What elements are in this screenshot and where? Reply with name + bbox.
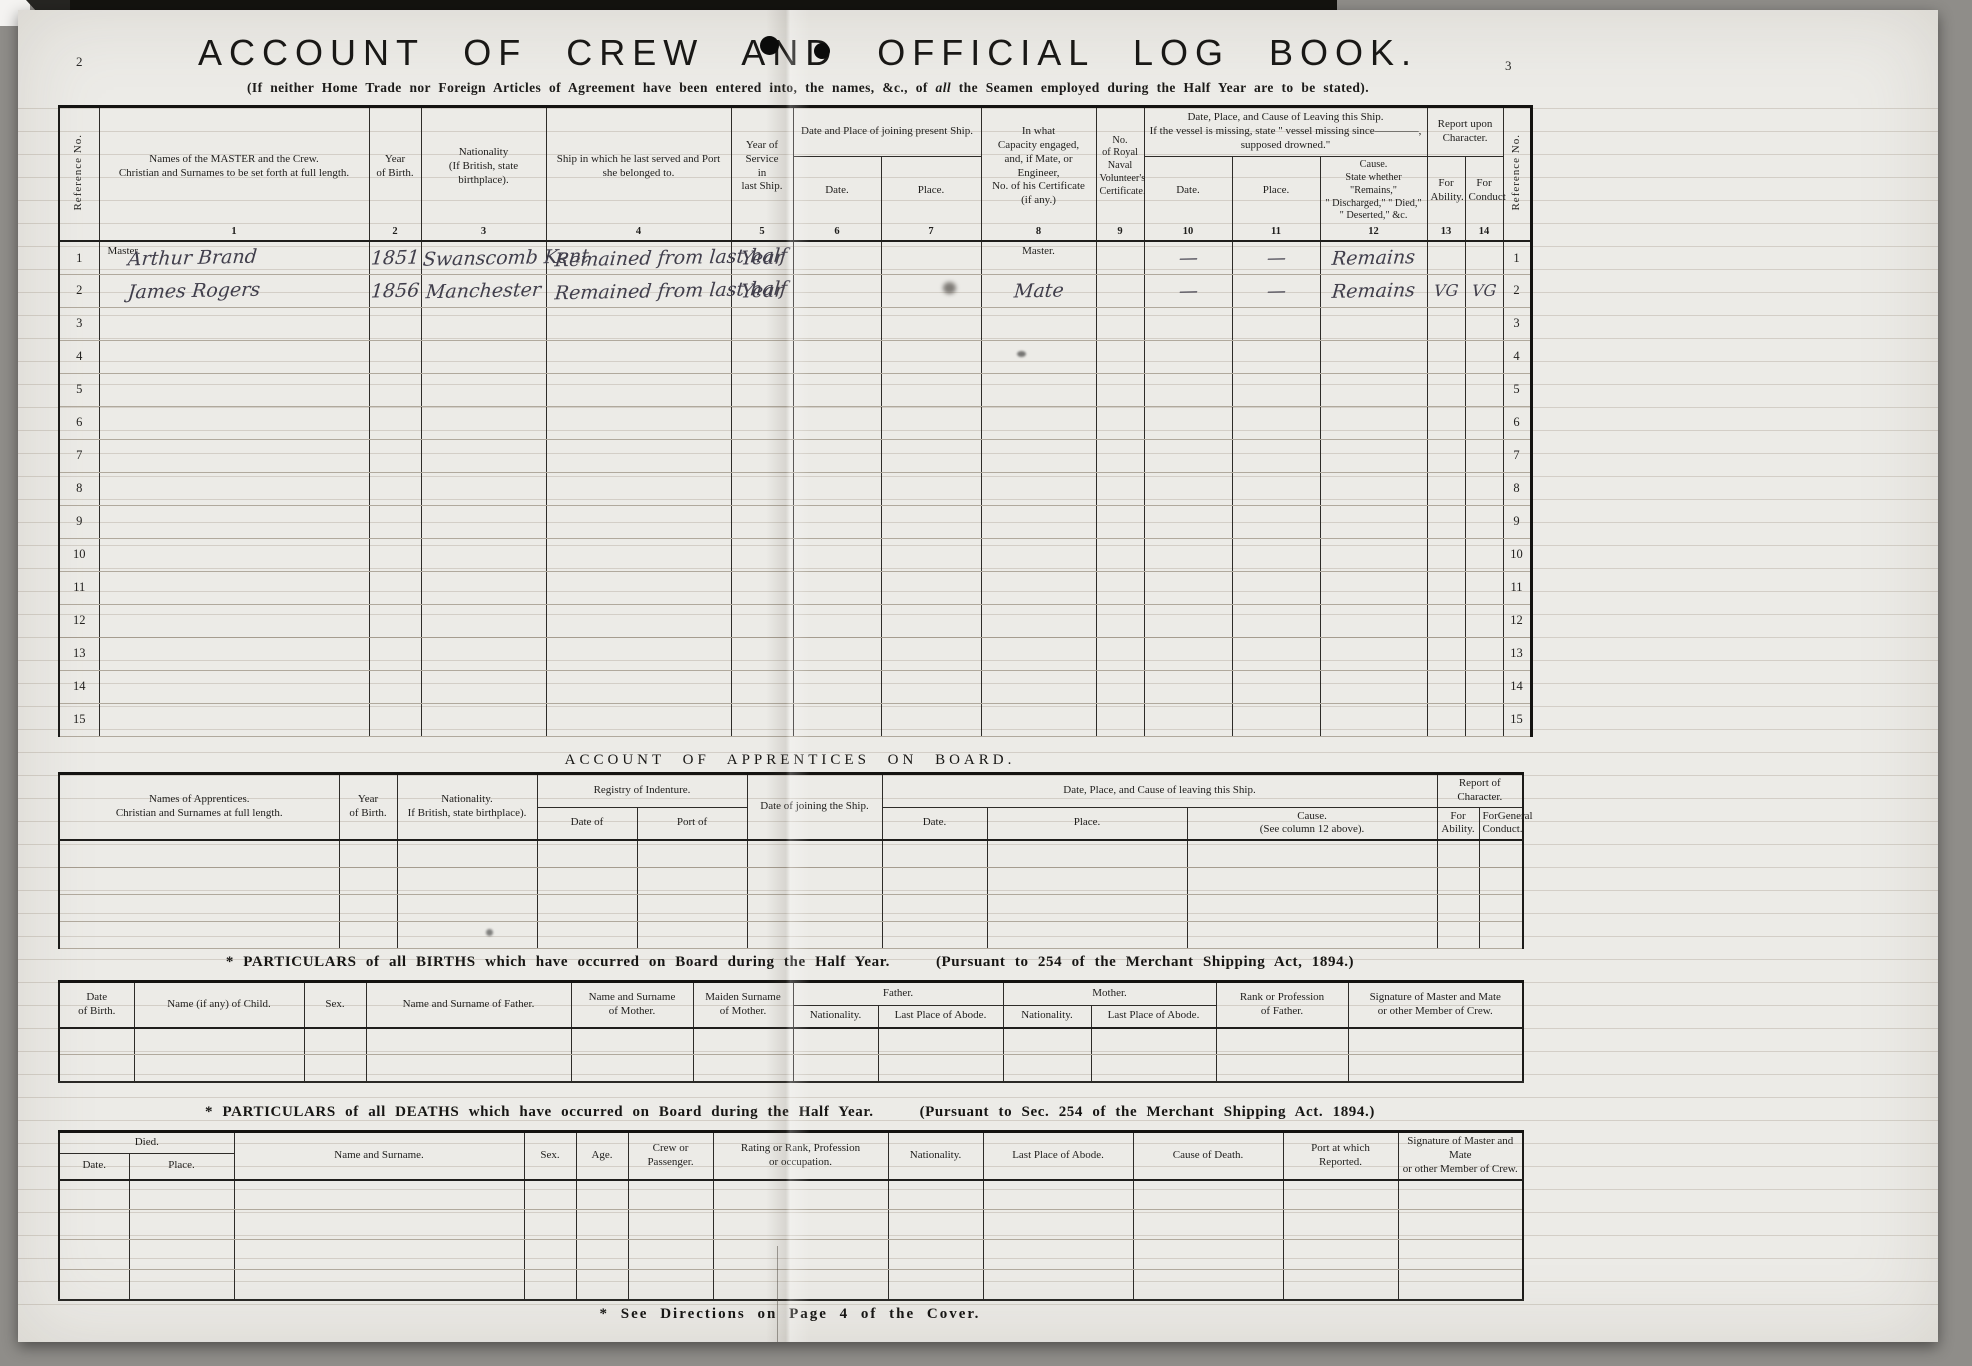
crew-cell-cause xyxy=(1320,505,1427,538)
crew-cell-last-ship xyxy=(546,538,731,571)
deaths-cell xyxy=(524,1180,576,1210)
appr-cell xyxy=(339,840,397,867)
crew-cell-join-place xyxy=(881,241,981,274)
appr-cell xyxy=(747,867,882,894)
deaths-col-rating: Rating or Rank, Profession or occupation… xyxy=(713,1132,888,1180)
crew-cell-leave-date xyxy=(1144,538,1232,571)
deaths-cell xyxy=(129,1210,234,1240)
crew-row: 15 15 xyxy=(59,703,1531,736)
crew-cell-service xyxy=(731,604,793,637)
crew-cell-leave-place xyxy=(1232,406,1320,439)
crew-cell-conduct xyxy=(1465,571,1503,604)
deaths-cell xyxy=(59,1210,129,1240)
crew-cell-last-ship xyxy=(546,439,731,472)
crew-table: Reference No. Names of the MASTER and th… xyxy=(58,105,1533,737)
crew-cell-capacity xyxy=(981,571,1096,604)
crew-cell-capacity xyxy=(981,538,1096,571)
col-num-14: 14 xyxy=(1465,225,1503,241)
crew-cell-rnv xyxy=(1096,274,1144,307)
ink-blot xyxy=(814,43,830,59)
deaths-section-title: * PARTICULARS of all DEATHS which have o… xyxy=(58,1104,1522,1121)
death-row xyxy=(59,1210,1523,1240)
crew-col-cause: Cause. State whether "Remains," " Discha… xyxy=(1320,157,1427,226)
crew-cell-name xyxy=(99,472,369,505)
appr-group-leaving: Date, Place, and Cause of leaving this S… xyxy=(882,774,1437,808)
birth-row xyxy=(59,1055,1523,1082)
crew-cell-join-date xyxy=(793,637,881,670)
crew-cell-name: James Rogers xyxy=(99,274,369,307)
crew-cell-last-ship xyxy=(546,340,731,373)
crew-cell-ref-left: 14 xyxy=(59,670,99,703)
births-cell xyxy=(1003,1028,1091,1055)
crew-cell-name xyxy=(99,373,369,406)
crew-cell-name xyxy=(99,703,369,736)
crew-col-nationality: Nationality (If British, state birthplac… xyxy=(421,107,546,226)
crew-cell-rnv xyxy=(1096,703,1144,736)
crew-col-last-ship: Ship in which he last served and Port sh… xyxy=(546,107,731,226)
apprentice-row xyxy=(59,894,1523,921)
appr-cell xyxy=(1479,921,1523,948)
ink-blot xyxy=(1017,351,1026,357)
crew-cell-nationality xyxy=(421,373,546,406)
ink-blot xyxy=(943,282,956,294)
crew-col-reference-left: Reference No. xyxy=(59,107,99,242)
crew-cell-leave-place xyxy=(1232,538,1320,571)
crew-cell-leave-place: — xyxy=(1232,274,1320,307)
births-col-rank: Rank or Profession of Father. xyxy=(1216,982,1348,1028)
crew-cell-capacity xyxy=(981,373,1096,406)
crew-cell-cause: Remains xyxy=(1320,241,1427,274)
appr-cell xyxy=(747,894,882,921)
crew-cell-capacity xyxy=(981,604,1096,637)
crew-col-join-date: Date. xyxy=(793,157,881,226)
crew-cell-ability xyxy=(1427,538,1465,571)
birth-row xyxy=(59,1028,1523,1055)
deaths-cell xyxy=(576,1240,628,1270)
crew-cell-join-place xyxy=(881,670,981,703)
deaths-col-nationality: Nationality. xyxy=(888,1132,983,1180)
appr-cell xyxy=(339,894,397,921)
crew-cell-rnv xyxy=(1096,637,1144,670)
deaths-cell xyxy=(234,1210,524,1240)
crew-cell-join-place xyxy=(881,571,981,604)
deaths-col-name: Name and Surname. xyxy=(234,1132,524,1180)
births-cell xyxy=(793,1028,878,1055)
crew-cell-rnv xyxy=(1096,472,1144,505)
crew-cell-ability xyxy=(1427,307,1465,340)
births-col-mother-nationality: Nationality. xyxy=(1003,1006,1091,1028)
deaths-cell xyxy=(1398,1210,1523,1240)
crew-cell-capacity xyxy=(981,439,1096,472)
appr-col-leave-cause: Cause. (See column 12 above). xyxy=(1187,807,1437,840)
crew-cell-leave-place xyxy=(1232,604,1320,637)
apprentice-row xyxy=(59,867,1523,894)
crew-cell-ref-left: 12 xyxy=(59,604,99,637)
crew-cell-capacity xyxy=(981,472,1096,505)
crew-cell-join-date xyxy=(793,340,881,373)
appr-cell xyxy=(397,867,537,894)
crew-col-join-place: Place. xyxy=(881,157,981,226)
crew-cell-join-place xyxy=(881,373,981,406)
deaths-cell xyxy=(1398,1240,1523,1270)
crew-cell-last-ship xyxy=(546,472,731,505)
crew-cell-ref-left: 9 xyxy=(59,505,99,538)
crew-cell-join-date xyxy=(793,307,881,340)
crew-col-rnv-certificate: No. of Royal Naval Volunteer's Certifica… xyxy=(1096,107,1144,226)
col-num-11: 11 xyxy=(1232,225,1320,241)
deaths-cell xyxy=(59,1270,129,1300)
crew-cell-ref-left: 4 xyxy=(59,340,99,373)
ink-blot xyxy=(486,929,493,936)
crew-rows: 1 Master.Arthur Brand 1851 Swanscomb Ken… xyxy=(59,241,1531,736)
crew-cell-nationality xyxy=(421,670,546,703)
crew-cell-ref-right: 7 xyxy=(1503,439,1531,472)
crew-cell-service xyxy=(731,571,793,604)
crew-cell-nationality xyxy=(421,703,546,736)
crew-cell-rnv xyxy=(1096,505,1144,538)
crew-cell-name: Master.Arthur Brand xyxy=(99,241,369,274)
births-pursuant-note: (Pursuant to 254 of the Merchant Shippin… xyxy=(936,954,1354,970)
deaths-col-port: Port at which Reported. xyxy=(1283,1132,1398,1180)
deaths-cell xyxy=(983,1210,1133,1240)
deaths-cell xyxy=(1283,1270,1398,1300)
births-cell xyxy=(59,1028,134,1055)
crew-cell-conduct xyxy=(1465,340,1503,373)
crew-cell-service: Year xyxy=(731,274,793,307)
appr-col-registry-date: Date of xyxy=(537,807,637,840)
crew-cell-join-place xyxy=(881,472,981,505)
crew-row: 1 Master.Arthur Brand 1851 Swanscomb Ken… xyxy=(59,241,1531,274)
appr-col-ability: For Ability. xyxy=(1437,807,1479,840)
crew-cell-service xyxy=(731,340,793,373)
col-num-10: 10 xyxy=(1144,225,1232,241)
deaths-cell xyxy=(129,1270,234,1300)
crew-cell-capacity xyxy=(981,406,1096,439)
crew-cell-birth: 1851 xyxy=(369,241,421,274)
deaths-rows xyxy=(59,1180,1523,1300)
death-row xyxy=(59,1270,1523,1300)
deaths-col-crew-or-passenger: Crew or Passenger. xyxy=(628,1132,713,1180)
crew-column-numbers: 1 2 3 4 5 6 7 8 9 10 11 12 13 14 xyxy=(59,225,1531,241)
crew-cell-name xyxy=(99,406,369,439)
crew-col-for-conduct: For Conduct xyxy=(1465,157,1503,226)
births-cell xyxy=(366,1028,571,1055)
crew-cell-join-place xyxy=(881,703,981,736)
appr-cell xyxy=(637,921,747,948)
crew-cell-birth xyxy=(369,505,421,538)
crew-cell-service xyxy=(731,439,793,472)
crew-cell-birth xyxy=(369,604,421,637)
crew-cell-rnv xyxy=(1096,373,1144,406)
crew-cell-cause xyxy=(1320,439,1427,472)
col-num-9: 9 xyxy=(1096,225,1144,241)
crew-cell-nationality xyxy=(421,340,546,373)
subtitle-pre: (If neither Home Trade nor Foreign Artic… xyxy=(247,80,936,95)
crew-cell-leave-date: — xyxy=(1144,274,1232,307)
deaths-table: Died. Name and Surname. Sex. Age. Crew o… xyxy=(58,1130,1524,1301)
appr-cell xyxy=(882,921,987,948)
deaths-cell xyxy=(234,1240,524,1270)
crew-cell-leave-date xyxy=(1144,703,1232,736)
crew-cell-last-ship xyxy=(546,571,731,604)
crew-cell-service xyxy=(731,472,793,505)
appr-cell xyxy=(1187,867,1437,894)
deaths-cell xyxy=(628,1180,713,1210)
crew-cell-conduct xyxy=(1465,604,1503,637)
apprentices-rows xyxy=(59,840,1523,948)
crew-cell-ref-left: 2 xyxy=(59,274,99,307)
crew-cell-ability xyxy=(1427,406,1465,439)
crew-cell-join-date xyxy=(793,571,881,604)
crew-cell-conduct xyxy=(1465,373,1503,406)
crew-cell-cause xyxy=(1320,670,1427,703)
apprentice-row xyxy=(59,840,1523,867)
crew-cell-join-place xyxy=(881,274,981,307)
appr-cell xyxy=(59,894,339,921)
crew-cell-capacity xyxy=(981,703,1096,736)
crew-row: 9 9 xyxy=(59,505,1531,538)
appr-cell xyxy=(882,867,987,894)
crew-cell-ability xyxy=(1427,670,1465,703)
births-col-father-nationality: Nationality. xyxy=(793,1006,878,1028)
crew-cell-capacity xyxy=(981,505,1096,538)
appr-cell xyxy=(1437,840,1479,867)
appr-cell xyxy=(397,840,537,867)
appr-col-nationality: Nationality. If British, state birthplac… xyxy=(397,774,537,841)
crew-row: 4 4 xyxy=(59,340,1531,373)
crew-cell-ability xyxy=(1427,571,1465,604)
deaths-cell xyxy=(576,1270,628,1300)
crew-cell-leave-date xyxy=(1144,439,1232,472)
crew-cell-service xyxy=(731,703,793,736)
crew-cell-ref-right: 2 xyxy=(1503,274,1531,307)
crew-cell-birth: 1856 xyxy=(369,274,421,307)
page-title: ACCOUNT OF CREW AND OFFICIAL LOG BOOK. xyxy=(78,32,1538,74)
page-subtitle: (If neither Home Trade nor Foreign Artic… xyxy=(78,80,1538,96)
appr-cell xyxy=(637,840,747,867)
crew-cell-leave-date xyxy=(1144,505,1232,538)
crew-cell-capacity: Mate xyxy=(981,274,1096,307)
crew-cell-join-date xyxy=(793,472,881,505)
crew-cell-service xyxy=(731,406,793,439)
appr-col-conduct: ForGeneral Conduct. xyxy=(1479,807,1523,840)
crew-cell-ability xyxy=(1427,472,1465,505)
crew-cell-ref-right: 4 xyxy=(1503,340,1531,373)
appr-cell xyxy=(987,921,1187,948)
crew-cell-nationality: Swanscomb Kent xyxy=(421,241,546,274)
crew-cell-leave-place xyxy=(1232,340,1320,373)
crew-cell-ref-right: 5 xyxy=(1503,373,1531,406)
crew-cell-cause xyxy=(1320,604,1427,637)
crew-cell-birth xyxy=(369,340,421,373)
crew-col-for-ability: For Ability. xyxy=(1427,157,1465,226)
crew-cell-ref-right: 1 xyxy=(1503,241,1531,274)
crew-cell-nationality xyxy=(421,307,546,340)
crew-cell-conduct xyxy=(1465,307,1503,340)
crew-cell-conduct xyxy=(1465,703,1503,736)
births-table: Date of Birth. Name (if any) of Child. S… xyxy=(58,980,1524,1083)
crew-row: 14 14 xyxy=(59,670,1531,703)
crew-cell-cause xyxy=(1320,472,1427,505)
crew-cell-last-ship xyxy=(546,406,731,439)
crew-cell-last-ship xyxy=(546,604,731,637)
deaths-cell xyxy=(713,1270,888,1300)
births-col-mother-name: Name and Surname of Mother. xyxy=(571,982,693,1028)
crew-cell-leave-date xyxy=(1144,637,1232,670)
crew-cell-name xyxy=(99,439,369,472)
crew-col-leave-place: Place. xyxy=(1232,157,1320,226)
crew-row: 3 3 xyxy=(59,307,1531,340)
crew-cell-leave-place xyxy=(1232,439,1320,472)
deaths-cell xyxy=(524,1270,576,1300)
crew-cell-name xyxy=(99,340,369,373)
crew-cell-birth xyxy=(369,703,421,736)
death-row xyxy=(59,1180,1523,1210)
crew-cell-conduct xyxy=(1465,439,1503,472)
crew-group-report: Report upon Character. xyxy=(1427,107,1503,157)
appr-cell xyxy=(537,921,637,948)
deaths-cell xyxy=(713,1210,888,1240)
deaths-cell xyxy=(1398,1180,1523,1210)
ledger-spread: 2 3 ACCOUNT OF CREW AND OFFICIAL LOG BOO… xyxy=(18,10,1938,1342)
crew-cell-capacity xyxy=(981,637,1096,670)
crew-cell-capacity xyxy=(981,340,1096,373)
crew-cell-last-ship xyxy=(546,505,731,538)
crew-cell-service xyxy=(731,307,793,340)
crew-cell-cause xyxy=(1320,307,1427,340)
crew-row: 13 13 xyxy=(59,637,1531,670)
crew-cell-cause xyxy=(1320,703,1427,736)
deaths-cell xyxy=(1398,1270,1523,1300)
deaths-cell xyxy=(1283,1240,1398,1270)
appr-col-year: Year of Birth. xyxy=(339,774,397,841)
crew-col-year-of-service: Year of Service in last Ship. xyxy=(731,107,793,226)
crew-cell-join-date xyxy=(793,241,881,274)
deaths-cell xyxy=(1133,1210,1283,1240)
crew-cell-capacity xyxy=(981,307,1096,340)
deaths-cell xyxy=(129,1180,234,1210)
crew-cell-ref-right: 14 xyxy=(1503,670,1531,703)
crew-cell-birth xyxy=(369,637,421,670)
deaths-col-signature: Signature of Master and Mate or other Me… xyxy=(1398,1132,1523,1180)
crew-cell-last-ship xyxy=(546,703,731,736)
crew-cell-leave-date xyxy=(1144,307,1232,340)
crew-cell-conduct: VG xyxy=(1465,274,1503,307)
crew-cell-join-place xyxy=(881,538,981,571)
crew-cell-leave-date xyxy=(1144,340,1232,373)
crew-cell-join-place xyxy=(881,439,981,472)
crew-cell-ability xyxy=(1427,340,1465,373)
crew-cell-ability xyxy=(1427,637,1465,670)
births-col-sex: Sex. xyxy=(304,982,366,1028)
crew-cell-nationality xyxy=(421,637,546,670)
crew-cell-conduct xyxy=(1465,637,1503,670)
crew-cell-join-place xyxy=(881,340,981,373)
crew-cell-birth xyxy=(369,472,421,505)
crew-cell-nationality xyxy=(421,439,546,472)
crew-cell-last-ship xyxy=(546,670,731,703)
crew-cell-ref-left: 13 xyxy=(59,637,99,670)
births-col-date: Date of Birth. xyxy=(59,982,134,1028)
crew-cell-conduct xyxy=(1465,241,1503,274)
crew-cell-name xyxy=(99,571,369,604)
deaths-cell xyxy=(576,1210,628,1240)
deaths-col-age: Age. xyxy=(576,1132,628,1180)
births-col-signature: Signature of Master and Mate or other Me… xyxy=(1348,982,1523,1028)
crew-cell-service xyxy=(731,670,793,703)
births-cell xyxy=(1216,1028,1348,1055)
crew-cell-ref-left: 7 xyxy=(59,439,99,472)
deaths-col-cause: Cause of Death. xyxy=(1133,1132,1283,1180)
crew-cell-join-date xyxy=(793,505,881,538)
births-cell xyxy=(134,1028,304,1055)
births-group-mother: Mother. xyxy=(1003,982,1216,1006)
appr-cell xyxy=(1479,867,1523,894)
crew-cell-join-place xyxy=(881,604,981,637)
births-cell xyxy=(304,1028,366,1055)
appr-col-registry-port: Port of xyxy=(637,807,747,840)
crew-cell-leave-date xyxy=(1144,670,1232,703)
appr-cell xyxy=(537,840,637,867)
appr-col-leave-place: Place. xyxy=(987,807,1187,840)
crew-cell-last-ship xyxy=(546,373,731,406)
births-group-father: Father. xyxy=(793,982,1003,1006)
death-row xyxy=(59,1240,1523,1270)
crew-cell-cause xyxy=(1320,373,1427,406)
crew-cell-ref-left: 5 xyxy=(59,373,99,406)
crew-cell-ability xyxy=(1427,703,1465,736)
crew-cell-join-date xyxy=(793,406,881,439)
deaths-col-abode: Last Place of Abode. xyxy=(983,1132,1133,1180)
crew-cell-leave-date xyxy=(1144,472,1232,505)
crew-cell-join-place xyxy=(881,307,981,340)
col-num-2: 2 xyxy=(369,225,421,241)
crew-cell-ref-right: 3 xyxy=(1503,307,1531,340)
deaths-cell xyxy=(524,1240,576,1270)
col-num-5: 5 xyxy=(731,225,793,241)
crew-cell-join-date xyxy=(793,670,881,703)
crew-cell-join-date xyxy=(793,274,881,307)
crew-cell-last-ship: Remained from last half xyxy=(546,274,731,307)
deaths-cell xyxy=(524,1210,576,1240)
deaths-cell xyxy=(234,1180,524,1210)
apprentices-section-title: ACCOUNT OF APPRENTICES ON BOARD. xyxy=(58,752,1522,769)
crew-cell-rnv xyxy=(1096,604,1144,637)
appr-cell xyxy=(59,867,339,894)
births-cell xyxy=(59,1055,134,1082)
crew-cell-ref-right: 6 xyxy=(1503,406,1531,439)
crew-cell-ref-left: 15 xyxy=(59,703,99,736)
deaths-cell xyxy=(129,1240,234,1270)
crew-cell-capacity: Master. xyxy=(981,241,1096,274)
births-cell xyxy=(878,1028,1003,1055)
appr-cell xyxy=(637,867,747,894)
deaths-cell xyxy=(1133,1180,1283,1210)
appr-cell xyxy=(1437,921,1479,948)
col-num-12: 12 xyxy=(1320,225,1427,241)
crew-cell-rnv xyxy=(1096,340,1144,373)
appr-cell xyxy=(537,894,637,921)
appr-cell xyxy=(747,921,882,948)
col-num-7: 7 xyxy=(881,225,981,241)
crew-cell-ref-right: 10 xyxy=(1503,538,1531,571)
births-cell xyxy=(693,1055,793,1082)
births-cell xyxy=(366,1055,571,1082)
crew-cell-ref-left: 1 xyxy=(59,241,99,274)
crew-cell-rnv xyxy=(1096,439,1144,472)
births-cell xyxy=(1091,1055,1216,1082)
appr-col-names: Names of Apprentices. Christian and Surn… xyxy=(59,774,339,841)
